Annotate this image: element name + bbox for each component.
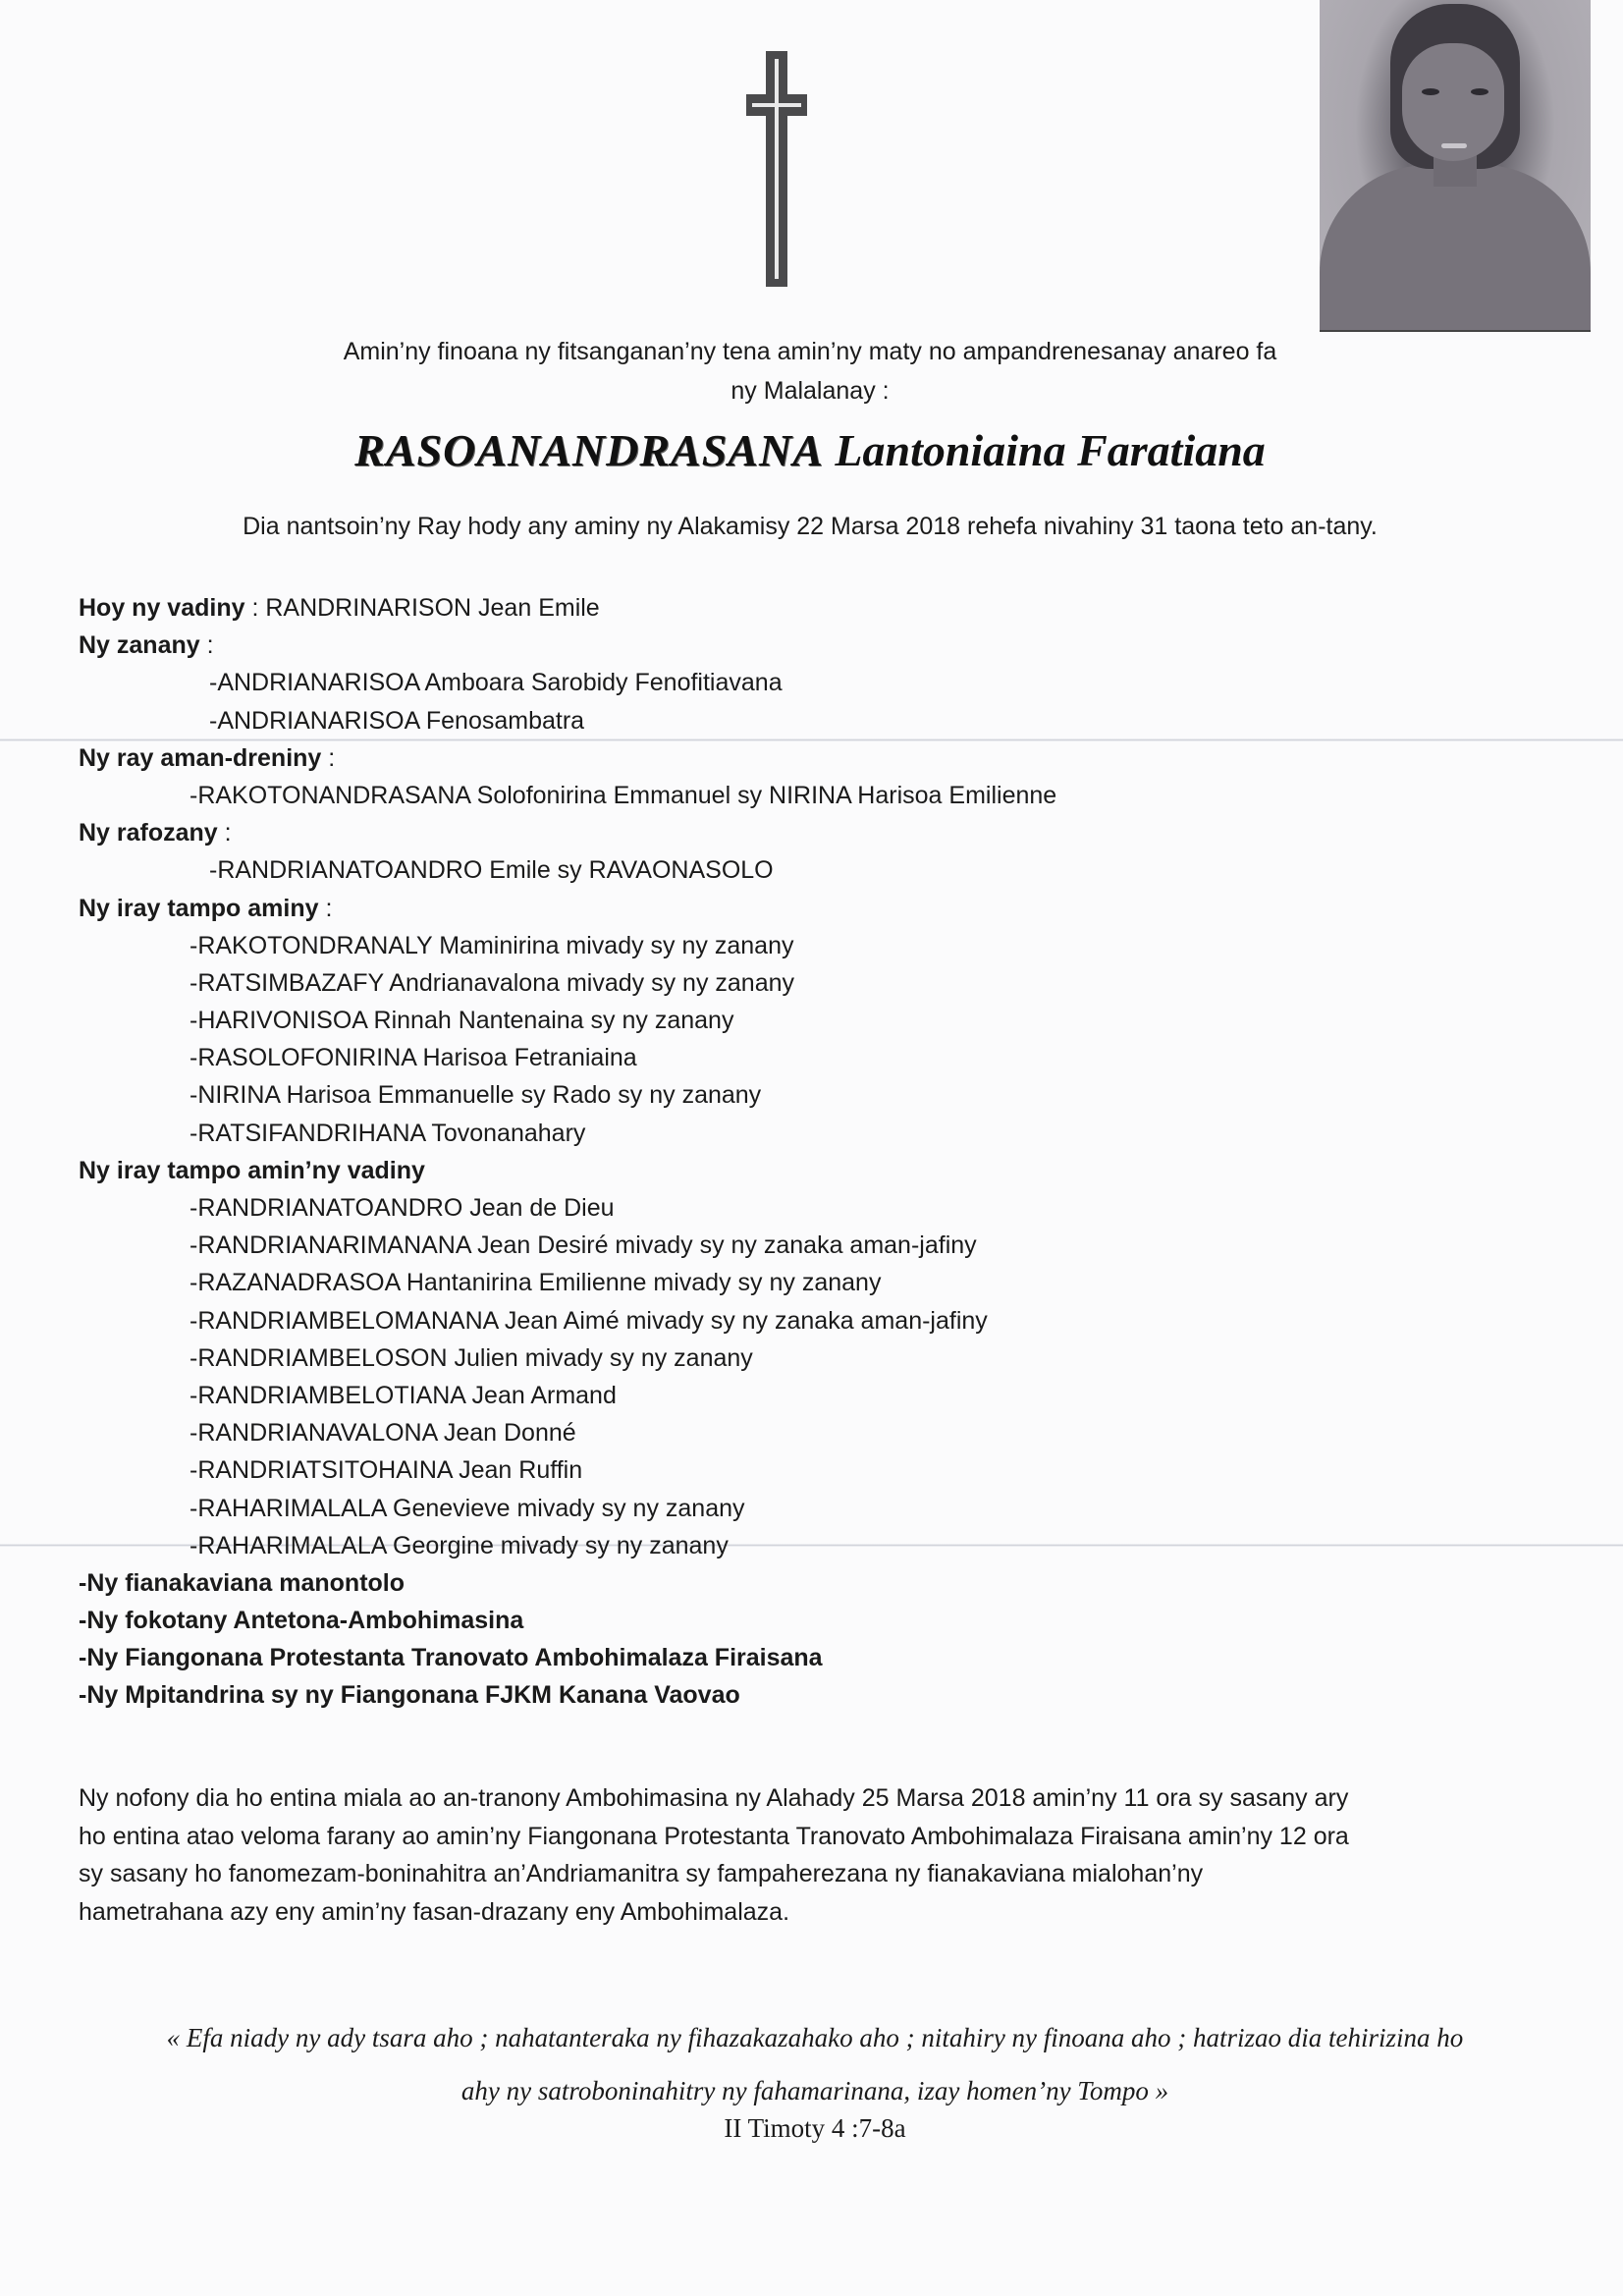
family-member: -RATSIMBAZAFY Andrianavalona mivady sy n… [79,964,1453,1002]
mourner-group: -Ny fianakaviana manontolo [79,1564,1453,1602]
group-label: Ny iray tampo amin’ny vadiny [79,1157,425,1184]
death-notice: Dia nantsoin’ny Ray hody any aminy ny Al… [98,513,1522,541]
verse-line: « Efa niady ny ady tsara aho ; nahatante… [59,2011,1571,2064]
latin-cross-icon [746,51,807,287]
family-group-heading: Ny iray tampo amin’ny vadiny [79,1152,1453,1189]
group-label: Ny ray aman-dreniny [79,744,321,772]
family-member: -RASOLOFONIRINA Harisoa Fetraniaina [79,1039,1453,1076]
family-member: -NIRINA Harisoa Emmanuelle sy Rado sy ny… [79,1076,1453,1114]
family-group-heading: Ny ray aman-dreniny : [79,739,1453,777]
intro-line: Amin’ny finoana ny fitsanganan’ny tena a… [236,332,1384,371]
funeral-line: hametrahana azy eny amin’ny fasan-drazan… [79,1893,1551,1932]
funeral-line: Ny nofony dia ho entina miala ao an-tran… [79,1779,1551,1818]
family-group-heading: Ny rafozany : [79,814,1453,851]
funeral-line: ho entina atao veloma farany ao amin’ny … [79,1818,1551,1856]
family-member: -RAKOTONDRANALY Maminirina mivady sy ny … [79,927,1453,964]
family-member: -RANDRIAMBELOMANANA Jean Aimé mivady sy … [79,1302,1453,1339]
family-member: -HARIVONISOA Rinnah Nantenaina sy ny zan… [79,1002,1453,1039]
deceased-given-names: Lantoniaina Faratiana [835,425,1265,475]
family-member: -ANDRIANARISOA Amboara Sarobidy Fenofiti… [79,664,1453,701]
deceased-surname: RASOANANDRASANA [354,425,824,475]
group-label-suffix: : [200,631,214,659]
mourner-group: -Ny Mpitandrina sy ny Fiangonana FJKM Ka… [79,1676,1453,1714]
funeral-details: Ny nofony dia ho entina miala ao an-tran… [79,1779,1551,1931]
family-member: -RANDRIAMBELOTIANA Jean Armand [79,1377,1453,1414]
intro-line: ny Malalanay : [236,371,1384,410]
bible-verse: « Efa niady ny ady tsara aho ; nahatante… [59,2011,1571,2117]
family-group-heading: Ny zanany : [79,627,1453,664]
group-label-suffix: : [218,819,232,847]
deceased-name: RASOANANDRASANA Lantoniaina Faratiana [196,424,1424,476]
intro-text: Amin’ny finoana ny fitsanganan’ny tena a… [236,332,1384,410]
group-label: Ny rafozany [79,819,218,847]
family-member: -RAZANADRASOA Hantanirina Emilienne miva… [79,1264,1453,1301]
spouse-name: RANDRINARISON Jean Emile [265,594,599,622]
family-member: -RANDRIANARIMANANA Jean Desiré mivady sy… [79,1227,1453,1264]
verse-reference: II Timoty 4 :7-8a [550,2113,1080,2144]
spouse-label: Hoy ny vadiny [79,594,245,622]
family-member: -RANDRIAMBELOSON Julien mivady sy ny zan… [79,1339,1453,1377]
group-label: Ny zanany [79,631,200,659]
group-label-suffix: : [319,895,333,922]
family-member: -RANDRIANATOANDRO Jean de Dieu [79,1189,1453,1227]
spouse-separator: : [245,594,266,622]
family-group-heading: Ny iray tampo aminy : [79,890,1453,927]
family-member: -RAKOTONANDRASANA Solofonirina Emmanuel … [79,777,1453,814]
other-mourners: -Ny fianakaviana manontolo-Ny fokotany A… [79,1564,1453,1715]
family-member: -RAHARIMALALA Georgine mivady sy ny zana… [79,1527,1453,1564]
spouse-row: Hoy ny vadiny : RANDRINARISON Jean Emile [79,589,1453,627]
family-member: -ANDRIANARISOA Fenosambatra [79,702,1453,739]
family-groups: Ny zanany :-ANDRIANARISOA Amboara Sarobi… [79,627,1453,1564]
verse-line: ahy ny satroboninahitry ny fahamarinana,… [59,2064,1571,2117]
family-member: -RATSIFANDRIHANA Tovonanahary [79,1115,1453,1152]
family-member: -RANDRIANATOANDRO Emile sy RAVAONASOLO [79,851,1453,889]
portrait-photo [1320,0,1591,332]
mourner-group: -Ny Fiangonana Protestanta Tranovato Amb… [79,1639,1453,1676]
mourner-group: -Ny fokotany Antetona-Ambohimasina [79,1602,1453,1639]
group-label-suffix: : [321,744,335,772]
family-member: -RANDRIANAVALONA Jean Donné [79,1414,1453,1451]
family-member: -RANDRIATSITOHAINA Jean Ruffin [79,1451,1453,1489]
funeral-line: sy sasany ho fanomezam-boninahitra an’An… [79,1855,1551,1893]
family-list: Hoy ny vadiny : RANDRINARISON Jean Emile… [79,589,1453,1715]
group-label: Ny iray tampo aminy [79,895,319,922]
family-member: -RAHARIMALALA Genevieve mivady sy ny zan… [79,1490,1453,1527]
